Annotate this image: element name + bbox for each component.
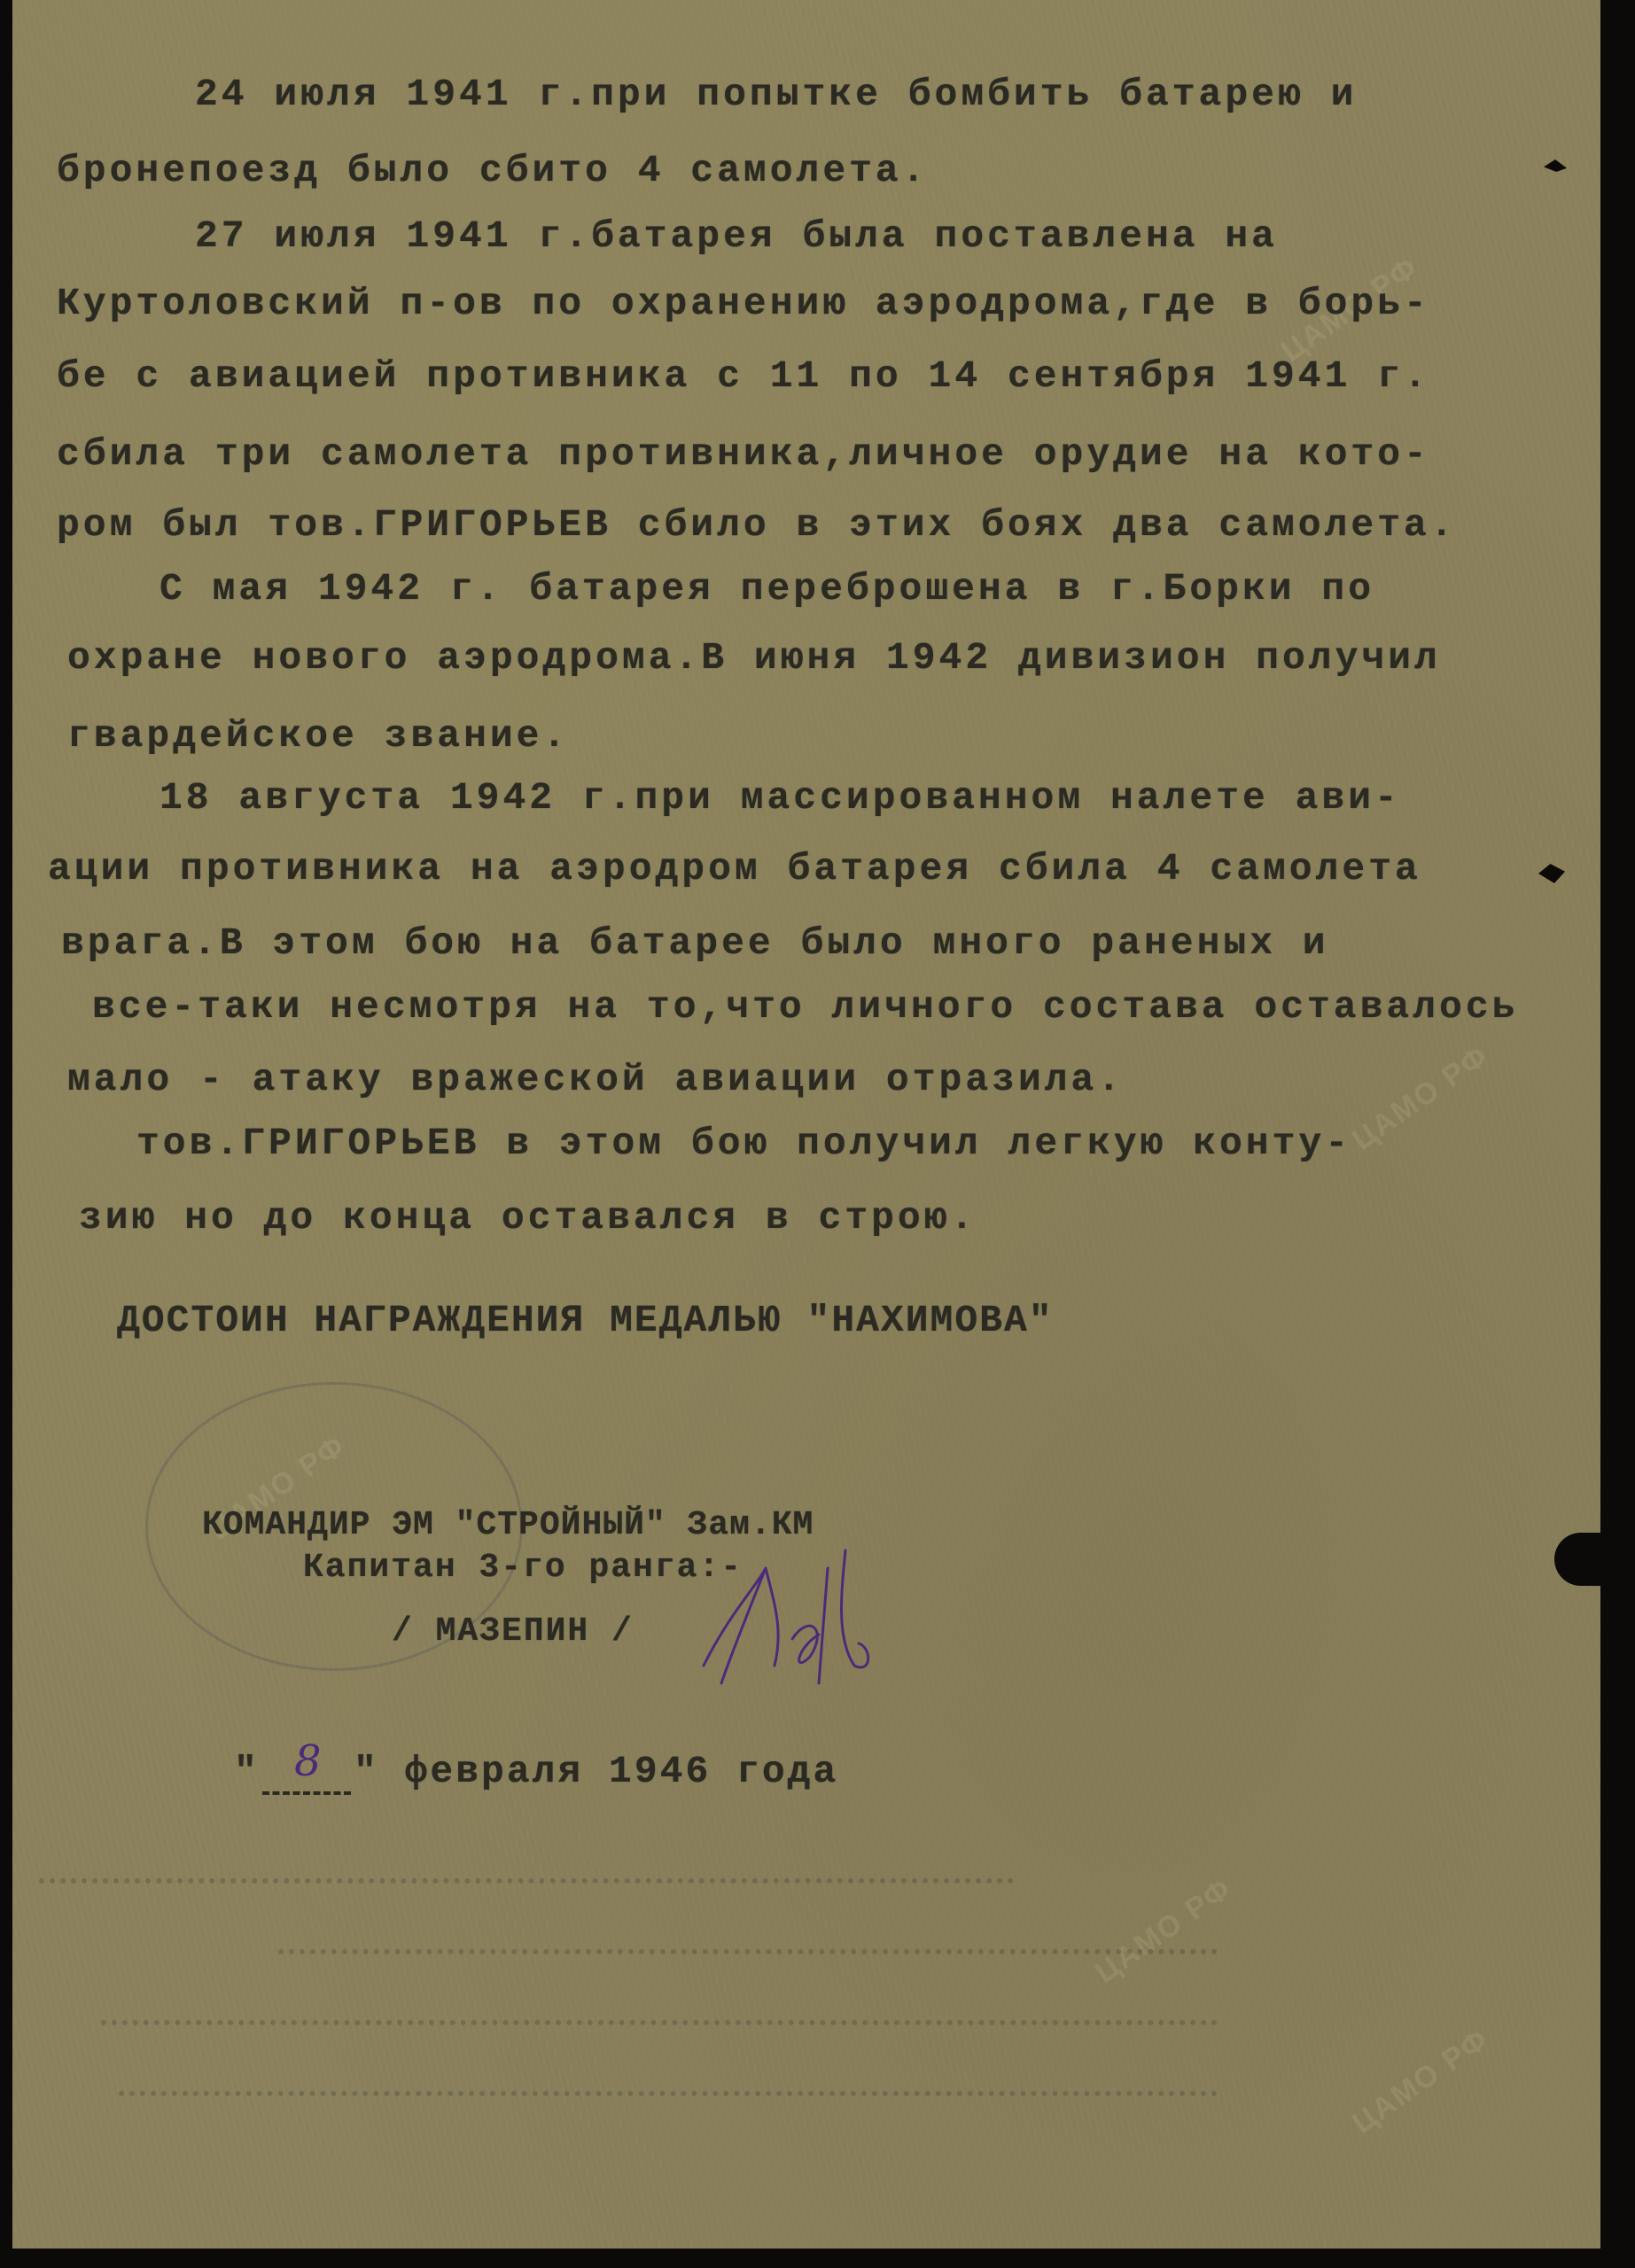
text-line: 27 июля 1941 г.батарея была поставлена н…	[195, 214, 1278, 258]
text-line: бе с авиацией противника с 11 по 14 сент…	[57, 354, 1430, 398]
text-line: мало - атаку вражеской авиации отразила.	[67, 1058, 1124, 1101]
text-line: сбила три самолета противника,личное ору…	[57, 432, 1430, 476]
watermark: ЦАМО РФ	[1346, 1038, 1496, 1158]
text-line: зию но до конца оставался в строю.	[79, 1196, 977, 1239]
commander-name: / МАЗЕПИН /	[392, 1612, 634, 1651]
award-recommendation: ДОСТОИН НАГРАЖДЕНИЯ МЕДАЛЬЮ "НАХИМОВА"	[117, 1299, 1054, 1342]
bleed-through-text	[66, 1382, 1306, 1417]
paper-damage	[1554, 1533, 1608, 1586]
text-line: ром был тов.ГРИГОРЬЕВ сбило в этих боях …	[57, 503, 1457, 547]
bleed-through-text	[278, 1922, 1218, 1954]
text-line: гвардейское звание.	[67, 714, 569, 757]
paper-damage	[1538, 864, 1565, 883]
watermark: ЦАМО РФ	[1346, 2022, 1496, 2141]
text-line: С мая 1942 г. батарея переброшена в г.Бо…	[160, 567, 1374, 610]
text-line: Куртоловский п-ов по охранению аэродрома…	[57, 282, 1430, 325]
date-day: 8	[294, 1736, 322, 1786]
date-quote-open: "	[234, 1750, 261, 1793]
date-day-underline	[262, 1791, 351, 1795]
paper-damage	[1544, 159, 1567, 172]
text-line: 18 августа 1942 г.при массированном нале…	[160, 776, 1401, 819]
text-line: все-таки несмотря на то,что личного сост…	[92, 985, 1518, 1029]
commander-rank: Капитан 3-го ранга:-	[303, 1549, 743, 1587]
bleed-through-text	[119, 2064, 1218, 2096]
bleed-through-text	[39, 1852, 1014, 1884]
text-line: тов.ГРИГОРЬЕВ в этом бою получил легкую …	[136, 1122, 1351, 1165]
date-month-year: " февраля 1946 года	[354, 1750, 838, 1793]
text-line: 24 июля 1941 г.при попытке бомбить батар…	[195, 73, 1357, 116]
text-line: ации противника на аэродром батарея сбил…	[48, 847, 1421, 890]
handwritten-signature	[695, 1533, 961, 1710]
bleed-through-text	[101, 1993, 1218, 2025]
text-line: бронепоезд было сбито 4 самолета.	[57, 149, 929, 192]
scanned-document-page: ЦАМО РФ ЦАМО РФ ЦАМО РФ ЦАМО РФ ЦАМО РФ …	[12, 0, 1600, 2249]
text-line: врага.В этом бою на батарее было много р…	[61, 921, 1329, 965]
text-line: охране нового аэродрома.В июня 1942 диви…	[67, 636, 1441, 680]
